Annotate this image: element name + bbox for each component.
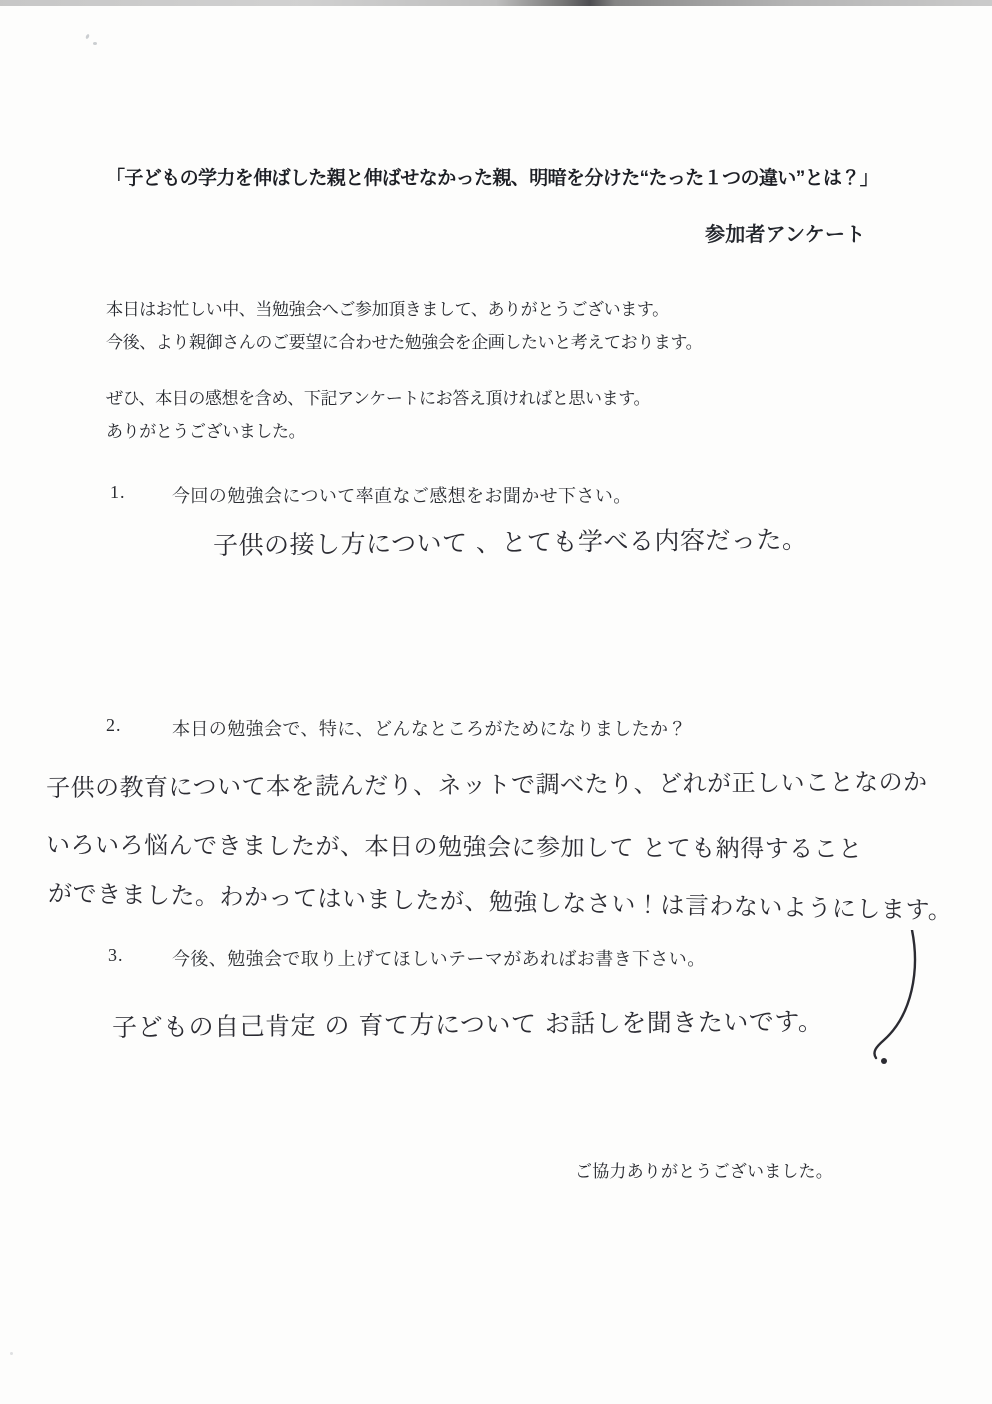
- scan-speckle: [10, 1352, 13, 1355]
- scanner-edge-artifact: [0, 0, 992, 6]
- handwritten-answer-2-line-1: 子供の教育について本を読んだり、ネットで調べたり、どれが正しいことなのか: [46, 762, 928, 803]
- intro-line-1: 本日はお忙しい中、当勉強会へご参加頂きまして、ありがとうございます。: [106, 295, 669, 320]
- scan-speckle: [85, 34, 90, 40]
- handwritten-answer-3: 子どもの自己肯定 の 育て方について お話しを聞きたいです。: [112, 1002, 824, 1044]
- question-1-number: 1.: [110, 482, 126, 503]
- scan-speckle: [93, 42, 97, 45]
- question-2-text: 本日の勉強会で、特に、どんなところがためになりましたか？: [172, 715, 687, 741]
- form-subtitle: 参加者アンケート: [705, 218, 865, 247]
- form-title: 「子どもの学力を伸ばした親と伸ばせなかった親、明暗を分けた“たった１つの違い”と…: [106, 163, 926, 190]
- handwritten-answer-1: 子供の接し方について 、とても学べる内容だった。: [213, 520, 808, 562]
- question-3-text: 今後、勉強会で取り上げてほしいテーマがあればお書き下さい。: [172, 945, 706, 971]
- question-1-text: 今回の勉強会について率直なご感想をお聞かせ下さい。: [172, 482, 632, 508]
- intro-line-2: 今後、より親御さんのご要望に合わせた勉強会を企画したいと考えております。: [106, 328, 702, 353]
- closing-thanks: ご協力ありがとうございました。: [575, 1157, 833, 1182]
- intro-line-3: ぜひ、本日の感想を含め、下記アンケートにお答え頂ければと思います。: [106, 384, 650, 409]
- intro-line-4: ありがとうございました。: [106, 417, 305, 442]
- handwritten-answer-2-line-3: ができました。わかってはいましたが、勉強しなさい！は言わないようにします。: [48, 873, 953, 925]
- scanned-questionnaire-page: 「子どもの学力を伸ばした親と伸ばせなかった親、明暗を分けた“たった１つの違い”と…: [0, 0, 992, 1404]
- handwritten-answer-2-line-2: いろいろ悩んできましたが、本日の勉強会に参加して とても納得すること: [46, 825, 863, 864]
- question-3-number: 3.: [108, 945, 124, 966]
- handwriting-pen-stroke: [862, 930, 922, 1065]
- question-2-number: 2.: [106, 715, 122, 736]
